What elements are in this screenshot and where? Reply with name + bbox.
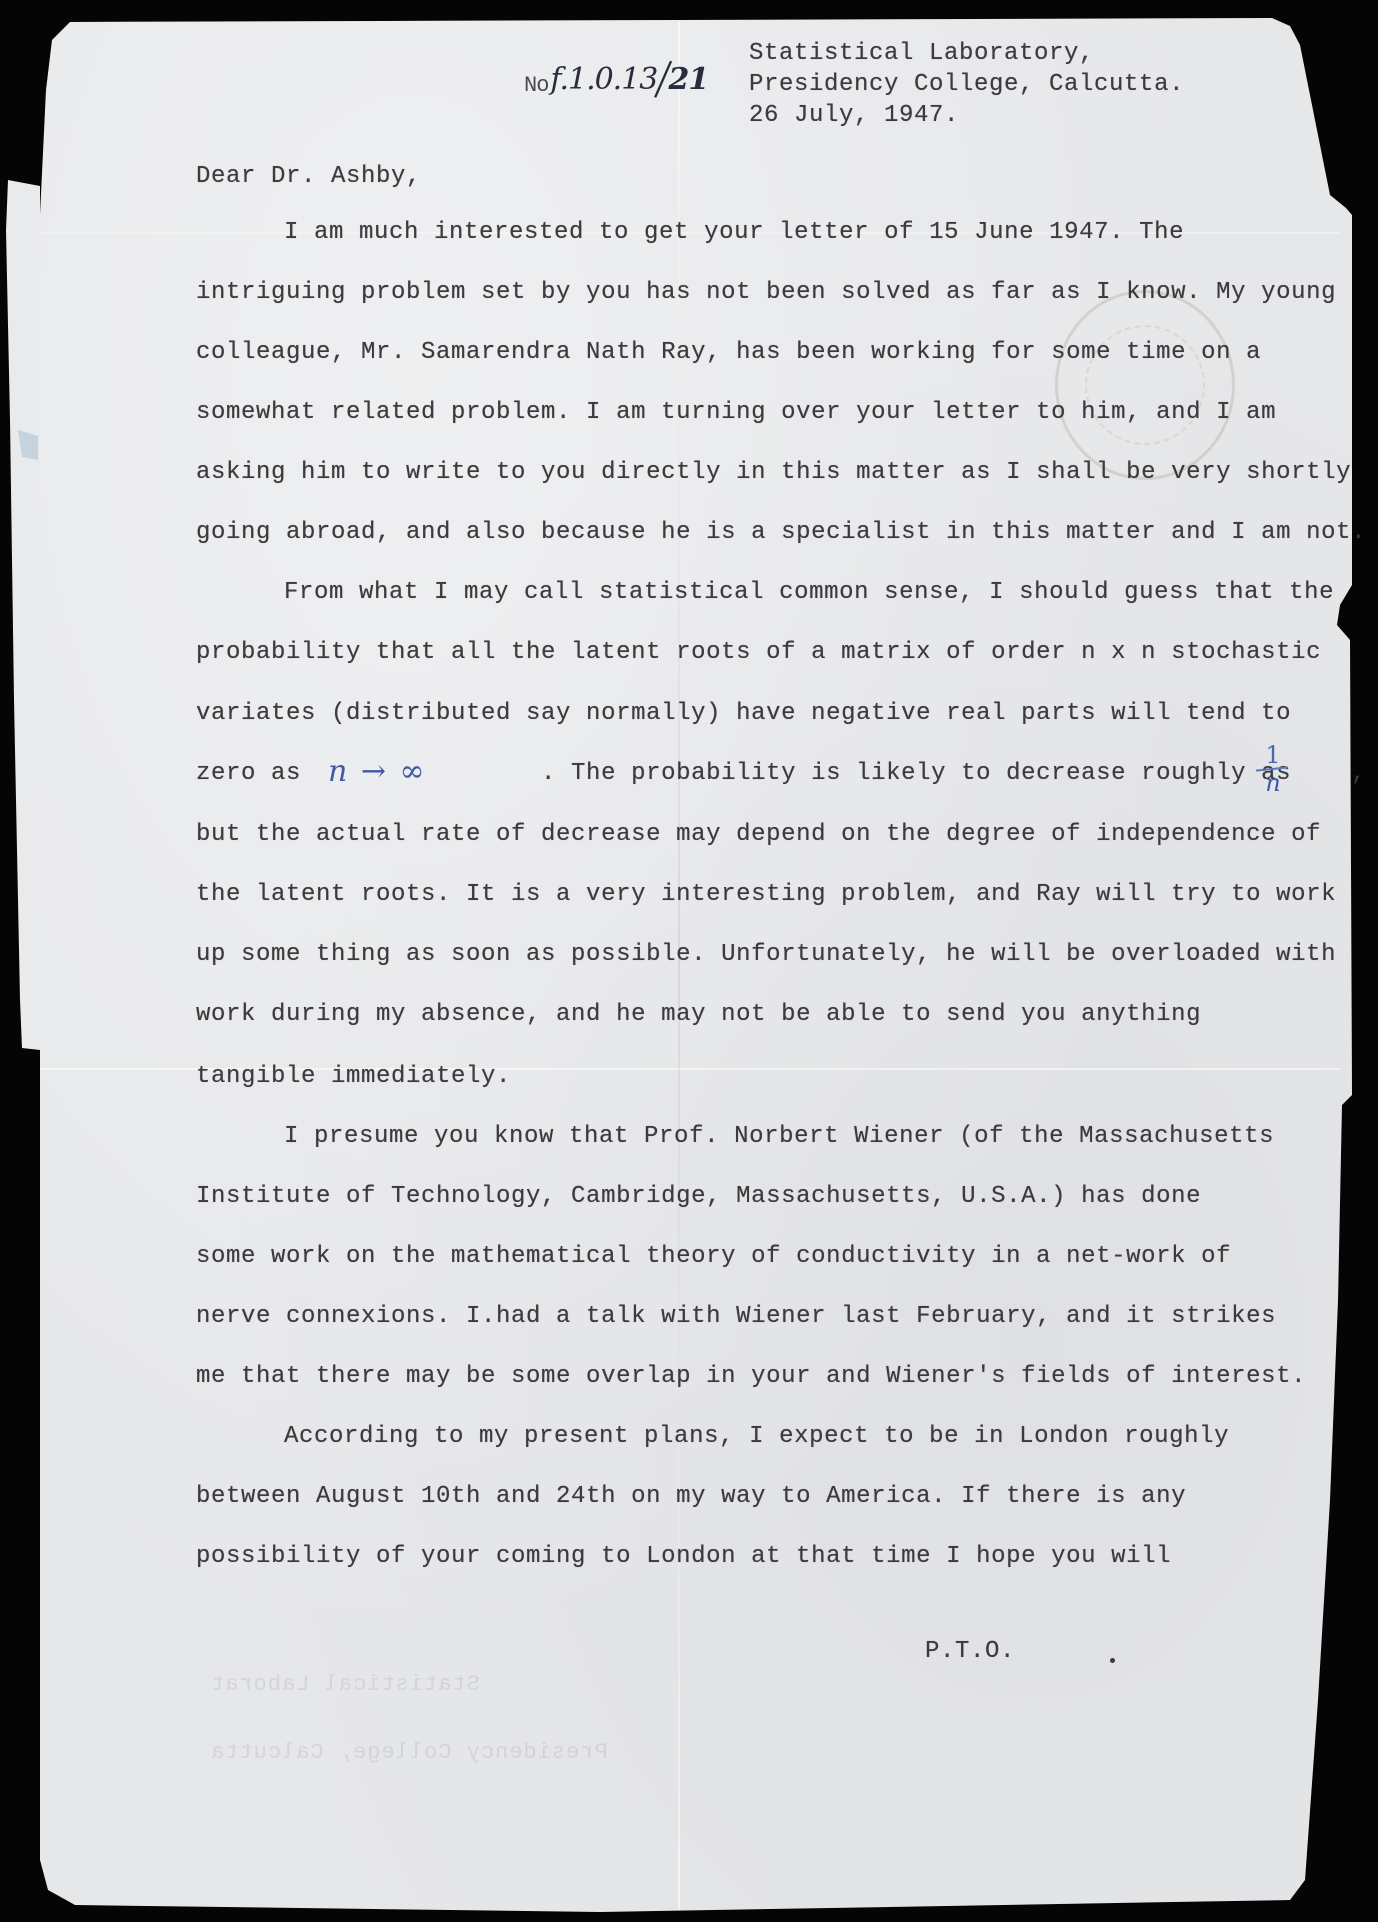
letterhead: Statistical Laboratory, Presidency Colle… — [749, 38, 1184, 131]
body-line: variates (distributed say normally) have… — [196, 699, 1291, 729]
body-line: work during my absence, and he may not b… — [196, 1000, 1201, 1030]
body-line: nerve connexions. I.had a talk with Wien… — [196, 1302, 1276, 1332]
body-line: colleague, Mr. Samarendra Nath Ray, has … — [196, 338, 1261, 368]
handwritten-reference-suffix: 21 — [669, 62, 709, 98]
body-line: up some thing as soon as possible. Unfor… — [196, 940, 1336, 970]
body-line: From what I may call statistical common … — [284, 578, 1334, 608]
body-line: but the actual rate of decrease may depe… — [196, 820, 1321, 850]
body-line: between August 10th and 24th on my way t… — [196, 1482, 1186, 1512]
reference-prefix: No — [524, 73, 548, 98]
show-through-text: Presidency College, Calcutta — [210, 1740, 608, 1765]
letterhead-institution: Statistical Laboratory, — [749, 38, 1184, 69]
body-line: the latent roots. It is a very interesti… — [196, 880, 1336, 910]
body-line: possibility of your coming to London at … — [196, 1542, 1171, 1572]
letter-date: 26 July, 1947. — [749, 100, 1184, 131]
body-line: probability that all the latent roots of… — [196, 638, 1321, 668]
body-line: asking him to write to you directly in t… — [196, 458, 1351, 488]
body-line: somewhat related problem. I am turning o… — [196, 398, 1276, 428]
body-line: I am much interested to get your letter … — [284, 218, 1184, 248]
body-line: I presume you know that Prof. Norbert Wi… — [284, 1122, 1274, 1152]
salutation: Dear Dr. Ashby, — [196, 162, 421, 192]
fraction-numerator: 1 — [1256, 743, 1290, 767]
fraction-denominator: n — [1256, 771, 1290, 795]
body-line: According to my present plans, I expect … — [284, 1422, 1229, 1452]
body-line: some work on the mathematical theory of … — [196, 1242, 1231, 1272]
show-through-text: Statistical Laborat — [210, 1672, 480, 1697]
body-line: intriguing problem set by you has not be… — [196, 278, 1336, 308]
body-line: Institute of Technology, Cambridge, Mass… — [196, 1182, 1201, 1212]
handwritten-fraction: 1 n — [1256, 743, 1290, 795]
handwritten-reference-number: f.1.0.13 — [550, 62, 657, 98]
body-line: going abroad, and also because he is a s… — [196, 518, 1366, 548]
reference-number: No f.1.0.13 / 21 — [524, 52, 708, 98]
body-line: tangible immediately. — [196, 1062, 511, 1092]
page-turn-note: P.T.O. — [925, 1637, 1015, 1667]
handwritten-limit-notation: n → ∞ — [328, 755, 427, 789]
letterhead-college: Presidency College, Calcutta. — [749, 69, 1184, 100]
stray-typewriter-dot — [1110, 1658, 1115, 1663]
body-line: me that there may be some overlap in you… — [196, 1362, 1306, 1392]
